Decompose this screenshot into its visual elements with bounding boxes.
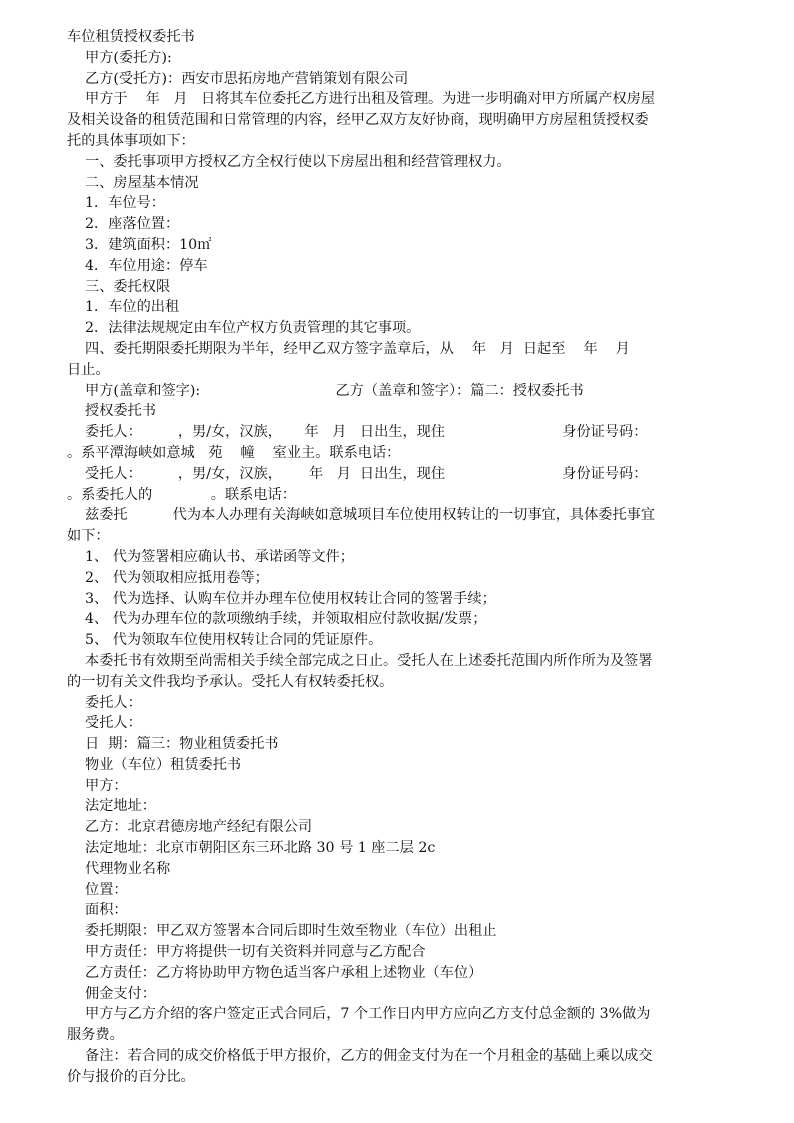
agent-info-line: 受托人： ，男/女，汉族， 年 月 日出生，现住 身份证号码：: [67, 464, 727, 485]
entrust-item: 5、 代为领取车位使用权转让合同的凭证原件。: [67, 630, 727, 651]
principal-info-line: 。系平潭海峡如意城 苑 幢 室业主。联系电话：: [67, 443, 727, 464]
note-paragraph-line: 备注：若合同的成交价格低于甲方报价，乙方的佣金支付为在一个月租金的基础上乘以成交: [67, 1046, 727, 1067]
clause-3-item: 1．车位的出租: [67, 297, 727, 318]
party-b-address-field: 法定地址：北京市朝阳区东三环北路 30 号 1 座二层 2c: [67, 838, 727, 859]
clause-2-item: 2．座落位置：: [67, 214, 727, 235]
document-title: 车位租赁授权委托书: [67, 27, 727, 48]
validity-paragraph-line: 本委托书有效期至尚需相关手续全部完成之日止。受托人在上述委托范围内所作所为及签署: [67, 651, 727, 672]
note-paragraph-line: 价与报价的百分比。: [67, 1067, 727, 1088]
party-b-duty-field: 乙方责任：乙方将协助甲方物色适当客户承租上述物业（车位）: [67, 963, 727, 984]
location-field: 位置：: [67, 880, 727, 901]
clause-3-heading: 三、委托权限: [67, 277, 727, 298]
clause-4-line: 四、委托期限委托期限为半年，经甲乙双方签字盖章后，从 年 月 日起至 年 月: [67, 339, 727, 360]
intro-paragraph-line: 及相关设备的租赁范围和日常管理的内容，经甲乙双方友好协商，现明确甲方房屋租赁授权…: [67, 110, 727, 131]
intro-paragraph-line: 托的具体事项如下：: [67, 131, 727, 152]
principal-signature: 委托人：: [67, 693, 727, 714]
party-a-line: 甲方(委托方):: [67, 48, 727, 69]
entrust-item: 4、 代为办理车位的款项缴纳手续，并领取相应付款收据/发票；: [67, 609, 727, 630]
entrust-paragraph-line: 兹委托 代为本人办理有关海峡如意城项目车位使用权转让的一切事宜，具体委托事宜: [67, 505, 727, 526]
entrust-item: 1、 代为签署相应确认书、承诺函等文件；: [67, 547, 727, 568]
document-page: 车位租赁授权委托书 甲方(委托方): 乙方(受托方)：西安市思拓房地产营销策划有…: [67, 27, 727, 1088]
validity-paragraph-line: 的一切有关文件我均予承认。受托人有权转委托权。: [67, 672, 727, 693]
entrust-item: 2、 代为领取相应抵用卷等；: [67, 568, 727, 589]
clause-4-line: 日止。: [67, 360, 727, 381]
property-name-field: 代理物业名称: [67, 859, 727, 880]
signature-line: 甲方(盖章和签字): 乙方（盖章和签字）：篇二：授权委托书: [67, 381, 727, 402]
commission-paragraph-line: 甲方与乙方介绍的客户签定正式合同后，7 个工作日内甲方应向乙方支付总金额的 3%…: [67, 1004, 727, 1025]
principal-info-line: 委托人： ，男/女，汉族， 年 月 日出生，现住 身份证号码：: [67, 422, 727, 443]
intro-paragraph-line: 甲方于 年 月 日将其车位委托乙方进行出租及管理。为进一步明确对甲方所属产权房屋: [67, 89, 727, 110]
clause-2-heading: 二、房屋基本情况: [67, 173, 727, 194]
section-2-title: 授权委托书: [67, 401, 727, 422]
party-a-field: 甲方：: [67, 776, 727, 797]
clause-2-item: 3．建筑面积：10㎡: [67, 235, 727, 256]
entrust-paragraph-line: 如下：: [67, 526, 727, 547]
clause-2-item: 1．车位号：: [67, 193, 727, 214]
agent-info-line: 。系委托人的 。联系电话：: [67, 485, 727, 506]
party-a-address-field: 法定地址：: [67, 796, 727, 817]
section-3-title: 物业（车位）租赁委托书: [67, 755, 727, 776]
commission-label: 佣金支付：: [67, 984, 727, 1005]
term-field: 委托期限：甲乙双方签署本合同后即时生效至物业（车位）出租止: [67, 921, 727, 942]
entrust-item: 3、 代为选择、认购车位并办理车位使用权转让合同的签署手续；: [67, 589, 727, 610]
commission-paragraph-line: 服务费。: [67, 1025, 727, 1046]
party-b-line: 乙方(受托方)：西安市思拓房地产营销策划有限公司: [67, 69, 727, 90]
area-field: 面积：: [67, 900, 727, 921]
clause-3-item: 2．法律法规规定由车位产权方负责管理的其它事项。: [67, 318, 727, 339]
date-line: 日 期：篇三：物业租赁委托书: [67, 734, 727, 755]
clause-1: 一、委托事项甲方授权乙方全权行使以下房屋出租和经营管理权力。: [67, 152, 727, 173]
agent-signature: 受托人：: [67, 713, 727, 734]
clause-2-item: 4．车位用途：停车: [67, 256, 727, 277]
party-b-field: 乙方：北京君德房地产经纪有限公司: [67, 817, 727, 838]
party-a-duty-field: 甲方责任：甲方将提供一切有关资料并同意与乙方配合: [67, 942, 727, 963]
